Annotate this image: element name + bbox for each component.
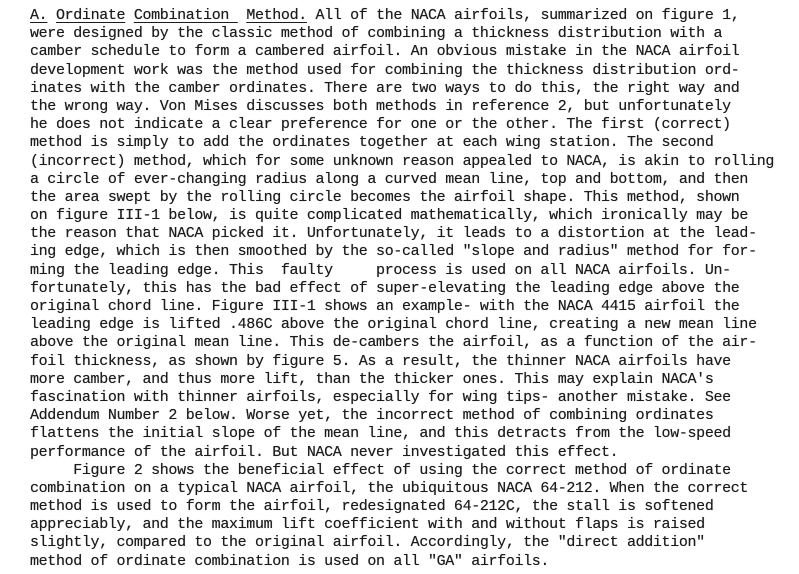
text-line: camber schedule to form a cambered airfo… xyxy=(30,43,795,61)
text-line: the reason that NACA picked it. Unfortun… xyxy=(30,225,795,243)
text-line: above the original mean line. This de-ca… xyxy=(30,334,795,352)
text-line: fascination with thinner airfoils, espec… xyxy=(30,389,795,407)
text-line: combination on a typical NACA airfoil, t… xyxy=(30,480,795,498)
text-line: Figure 2 shows the beneficial effect of … xyxy=(30,462,795,480)
section-label: A. xyxy=(30,7,47,24)
text-line: on figure III-1 below, is quite complica… xyxy=(30,207,795,225)
heading-word-combination: Combination xyxy=(134,7,238,24)
text-line: a circle of ever-changing radius along a… xyxy=(30,171,795,189)
text-line: ing edge, which is then smoothed by the … xyxy=(30,243,795,261)
document-page: A. Ordinate Combination Method. All of t… xyxy=(0,0,799,574)
section-heading-line: A. Ordinate Combination Method. All of t… xyxy=(30,7,795,25)
text-line: inates with the camber ordinates. There … xyxy=(30,80,795,98)
text-line: development work was the method used for… xyxy=(30,62,795,80)
text-line: the area swept by the rolling circle bec… xyxy=(30,189,795,207)
text-line: Addendum Number 2 below. Worse yet, the … xyxy=(30,407,795,425)
text-line: method of ordinate combination is used o… xyxy=(30,553,795,571)
text-line: method is simply to add the ordinates to… xyxy=(30,134,795,152)
text-line: flattens the initial slope of the mean l… xyxy=(30,425,795,443)
heading-space xyxy=(47,7,56,24)
text-line: fortunately, this has the bad effect of … xyxy=(30,280,795,298)
heading-space xyxy=(125,7,134,24)
text-line: foil thickness, as shown by figure 5. As… xyxy=(30,353,795,371)
text-line: method is used to form the airfoil, rede… xyxy=(30,498,795,516)
text-line: performance of the airfoil. But NACA nev… xyxy=(30,444,795,462)
text-line: were designed by the classic method of c… xyxy=(30,25,795,43)
heading-word-method: Method. xyxy=(246,7,307,24)
text-line: he does not indicate a clear preference … xyxy=(30,116,795,134)
text-line: (incorrect) method, which for some unkno… xyxy=(30,153,795,171)
text-line: more camber, and thus more lift, than th… xyxy=(30,371,795,389)
text-line: leading edge is lifted .486C above the o… xyxy=(30,316,795,334)
text-line: ming the leading edge. This faulty proce… xyxy=(30,262,795,280)
heading-rest-text: All of the NACA airfoils, summarized on … xyxy=(307,7,740,24)
heading-word-ordinate: Ordinate xyxy=(56,7,125,24)
text-line: slightly, compared to the original airfo… xyxy=(30,534,795,552)
text-line: original chord line. Figure III-1 shows … xyxy=(30,298,795,316)
text-line: the wrong way. Von Mises discusses both … xyxy=(30,98,795,116)
text-line: appreciably, and the maximum lift coeffi… xyxy=(30,516,795,534)
